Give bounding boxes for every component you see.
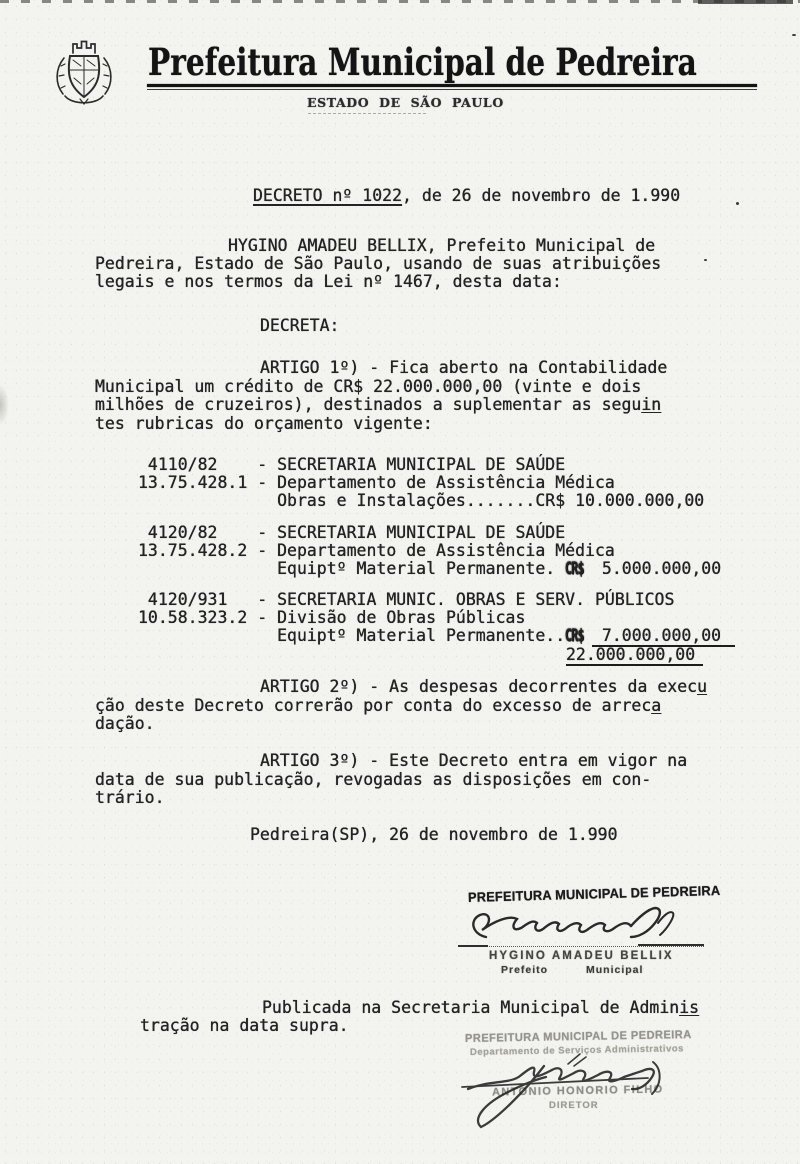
hyphenation-underline: a [651, 696, 661, 715]
article1-line: ARTIGO 1º) - Fica aberto na Contabilidad… [260, 358, 667, 378]
decree-heading: DECRETO nº 1022, de 26 de novembro de 1.… [253, 186, 680, 206]
budget-item-amount-line: Obras e Instalações.......CR$ 10.000.000… [138, 491, 704, 511]
masthead-title: Prefeitura Municipal de Pedreira [148, 42, 697, 82]
budget-item-code: 4120/82 - SECRETARIA MUNICIPAL DE SAÚDE [138, 523, 565, 543]
signature-rule [460, 946, 704, 947]
budget-item-detail: Equiptº Material Permanente. [138, 559, 555, 578]
scanned-decree-page: Prefeitura Municipal de Pedreira ESTADO … [0, 0, 800, 1164]
currency-symbol: CR$ [535, 491, 565, 510]
currency-symbol-smudged: CR$ [565, 626, 584, 646]
article3-line: trário. [95, 788, 165, 808]
budget-item-code: 4110/82 - SECRETARIA MUNICIPAL DE SAÚDE [138, 455, 565, 475]
budget-item-dept: 13.75.428.2 - Departamento de Assistênci… [138, 541, 615, 561]
budget-item-dept: 10.58.323.2 - Divisão de Obras Públicas [138, 608, 525, 628]
decree-date: , de 26 de novembro de 1.990 [402, 186, 680, 205]
article2-line-text: ARTIGO 2º) - As despesas decorrentes da … [260, 677, 697, 696]
budget-item-code: 4120/931 - SECRETARIA MUNIC. OBRAS E SER… [138, 590, 674, 610]
budget-total-line: 22.000.000,00 [566, 645, 703, 665]
municipal-coat-of-arms-icon [50, 36, 118, 112]
article1-line: milhões de cruzeiros), destinados a supl… [95, 395, 661, 415]
article2-line: ARTIGO 2º) - As despesas decorrentes da … [260, 677, 707, 697]
masthead-rule-thin [147, 89, 757, 90]
hyphenation-underline: is [679, 998, 699, 1017]
budget-item-amount-line: Equiptº Material Permanente..CR$ 7.000.0… [138, 626, 735, 646]
scan-edge-artifact [698, 0, 793, 4]
hyphenation-underline: in [641, 395, 661, 414]
publication-line-text: Publicada na Secretaria Municipal de Adm… [262, 998, 679, 1017]
mayor-name: HYGINO AMADEU BELLIX [489, 950, 674, 962]
article3-line: ARTIGO 3º) - Este Decreto entra em vigor… [260, 751, 687, 771]
publication-line: Publicada na Secretaria Municipal de Adm… [262, 998, 699, 1018]
decreta-label: DECRETA: [260, 316, 339, 336]
scan-speck [704, 259, 707, 261]
article2-line-text: ção deste Decreto correrão por conta do … [95, 696, 651, 715]
preamble-line: legais e nos termos da Lei nº 1467, dest… [95, 272, 562, 292]
article2-line: dação. [95, 714, 155, 734]
mayor-role: Prefeito [501, 964, 548, 976]
article1-line-text: milhões de cruzeiros), destinados a supl… [95, 395, 641, 414]
director-signature-icon [448, 1050, 683, 1130]
scan-smear-artifact [0, 384, 9, 426]
budget-item-amount: 10.000.000,00 [565, 491, 704, 510]
budget-item-dept: 13.75.428.1 - Departamento de Assistênci… [138, 473, 615, 493]
article3-line: data de sua publicação, revogadas as dis… [95, 770, 651, 790]
budget-total-amount: 22.000.000,00 [566, 645, 703, 666]
mayor-role: Municipal [586, 964, 643, 976]
budget-item-amount: 7.000.000,00 [592, 626, 735, 647]
scan-speck [792, 34, 796, 36]
dateline: Pedreira(SP), 26 de novembro de 1.990 [250, 825, 618, 845]
budget-item-detail: Obras e Instalações....... [138, 491, 535, 510]
masthead-subtitle: ESTADO DE SÃO PAULO [307, 95, 504, 110]
preamble-line: HYGINO AMADEU BELLIX, Prefeito Municipal… [228, 236, 655, 256]
article1-line: tes rubricas do orçamento vigente: [95, 414, 433, 434]
director-stamp-org: PREFEITURA MUNICIPAL DE PEDREIRA [465, 1029, 692, 1045]
scan-edge-artifact [0, 0, 800, 3]
masthead-rule [147, 84, 757, 87]
budget-item-detail: Equiptº Material Permanente.. [138, 626, 565, 645]
preamble-line: Pedreira, Estado de São Paulo, usando de… [95, 254, 661, 274]
budget-item-amount-line: Equiptº Material Permanente. CR$ 5.000.0… [138, 559, 721, 579]
budget-item-amount: 5.000.000,00 [592, 559, 721, 578]
hyphenation-underline: u [697, 677, 707, 696]
article1-line: Municipal um crédito de CR$ 22.000.000,0… [95, 377, 641, 397]
scan-speck [736, 202, 739, 205]
publication-line: tração na data supra. [140, 1016, 349, 1036]
currency-symbol-smudged: CR$ [565, 559, 584, 579]
article2-line: ção deste Decreto correrão por conta do … [95, 696, 661, 716]
decree-number: DECRETO nº 1022 [253, 186, 402, 205]
masthead-subtitle-dashes [308, 113, 426, 114]
